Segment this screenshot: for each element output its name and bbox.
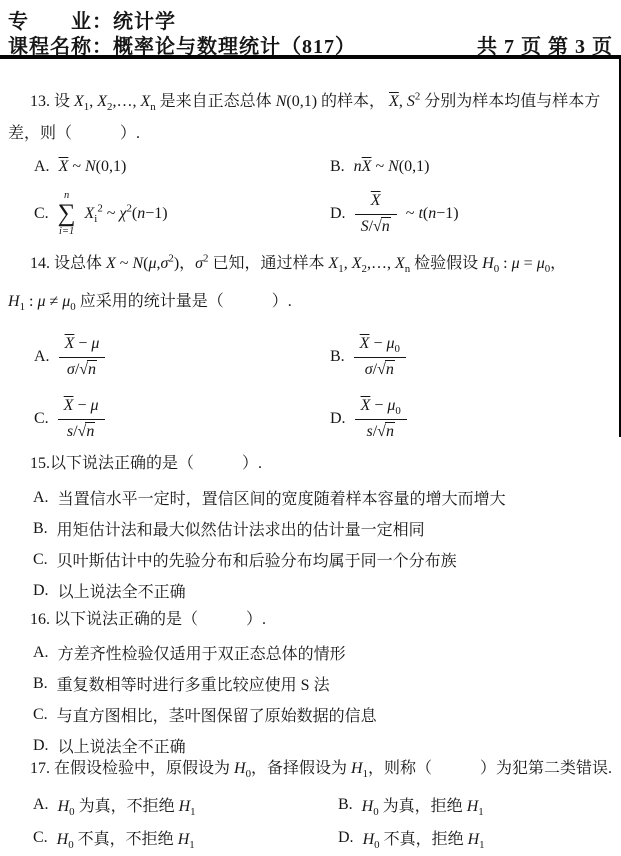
- fraction: X − μ0 σ/√n: [354, 334, 406, 381]
- option-label: C.: [34, 205, 49, 223]
- option-text: 以上说法全不正确: [58, 734, 186, 757]
- denominator: s/√n: [355, 419, 407, 443]
- numerator: X − μ0: [354, 334, 406, 357]
- numerator: X − μ: [59, 334, 106, 357]
- option-formula: Xi2 ~ χ2(n−1): [85, 205, 168, 223]
- option-text: 方差齐性检验仅适用于双正态总体的情形: [58, 641, 346, 664]
- option-text: H0 为真，不拒绝 H1: [58, 793, 196, 816]
- sum-lower-limit: i=1: [59, 227, 74, 238]
- q16-option-d: D. 以上说法全不正确: [33, 734, 186, 757]
- option-label: C.: [33, 829, 48, 847]
- option-label: D.: [330, 205, 346, 223]
- denominator: σ/√n: [354, 357, 406, 381]
- q13-option-d: D. X S/√n ~ t(n−1): [330, 188, 459, 240]
- option-text: H0 为真，拒绝 H1: [362, 793, 484, 816]
- option-text: 以上说法全不正确: [58, 579, 186, 602]
- option-formula: ~ t(n−1): [406, 205, 459, 223]
- option-label: D.: [338, 829, 354, 847]
- q15-stem: 15.以下说法正确的是（ ）.: [30, 452, 262, 476]
- q13-stem-line2: 差，则（ ）.: [8, 122, 140, 146]
- option-label: B.: [330, 348, 345, 366]
- fraction: X − μ σ/√n: [59, 334, 106, 381]
- option-label: C.: [34, 410, 49, 428]
- fraction: X − μ s/√n: [58, 396, 105, 443]
- q16-stem: 16. 以下说法正确的是（ ）.: [30, 608, 266, 632]
- q17-option-b: B. H0 为真，拒绝 H1: [338, 793, 484, 816]
- option-label: D.: [33, 582, 49, 600]
- fraction: X − μ0 s/√n: [355, 396, 407, 443]
- q15-option-d: D. 以上说法全不正确: [33, 579, 186, 602]
- option-text: 贝叶斯估计中的先验分布和后验分布均属于同一个分布族: [57, 548, 457, 571]
- option-label: A.: [33, 644, 49, 662]
- option-text: H0 不真，不拒绝 H1: [57, 826, 195, 849]
- option-label: B.: [33, 675, 48, 693]
- q14-option-d: D. X − μ0 s/√n: [330, 392, 407, 446]
- option-label: C.: [33, 706, 48, 724]
- option-text: 当置信水平一定时，置信区间的宽度随着样本容量的增大而增大: [58, 486, 506, 509]
- q14-option-a: A. X − μ σ/√n: [34, 330, 105, 384]
- option-text: 用矩估计法和最大似然估计法求出的估计量一定相同: [57, 517, 425, 540]
- q14-stem-line1: 14. 设总体 X ~ N(μ,σ2)，σ2 已知，通过样本 X1, X2,…,…: [30, 252, 566, 276]
- denominator: σ/√n: [59, 357, 106, 381]
- q17-option-d: D. H0 不真，拒绝 H1: [338, 826, 485, 849]
- numerator: X − μ: [58, 396, 105, 419]
- q17-option-c: C. H0 不真，不拒绝 H1: [33, 826, 195, 849]
- header-rule: [0, 55, 621, 59]
- option-label: B.: [330, 158, 345, 176]
- option-label: C.: [33, 551, 48, 569]
- q16-option-c: C. 与直方图相比，茎叶图保留了原始数据的信息: [33, 703, 377, 726]
- summation: n ∑ i=1: [58, 191, 76, 238]
- option-label: A.: [33, 796, 49, 814]
- numerator: X − μ0: [355, 396, 407, 419]
- q15-option-b: B. 用矩估计法和最大似然估计法求出的估计量一定相同: [33, 517, 425, 540]
- option-label: A.: [34, 158, 50, 176]
- q16-option-a: A. 方差齐性检验仅适用于双正态总体的情形: [33, 641, 346, 664]
- option-label: A.: [34, 348, 50, 366]
- q14-stem-line2: H1 : μ ≠ μ0 应采用的统计量是（ ）.: [8, 290, 292, 314]
- option-text: 重复数相等时进行多重比较应使用 S 法: [57, 672, 330, 695]
- option-label: B.: [33, 520, 48, 538]
- q15-option-a: A. 当置信水平一定时，置信区间的宽度随着样本容量的增大而增大: [33, 486, 506, 509]
- q16-option-b: B. 重复数相等时进行多重比较应使用 S 法: [33, 672, 330, 695]
- option-label: D.: [330, 410, 346, 428]
- q14-option-b: B. X − μ0 σ/√n: [330, 330, 406, 384]
- denominator: S/√n: [355, 214, 397, 238]
- q13-option-b: B. nX ~ N(0,1): [330, 158, 429, 176]
- option-formula: X ~ N(0,1): [59, 158, 127, 176]
- option-label: D.: [33, 737, 49, 755]
- q13-option-a: A. X ~ N(0,1): [34, 158, 126, 176]
- denominator: s/√n: [58, 419, 105, 443]
- exam-page: { "colors": { "paper": "#ffffff", "ink":…: [0, 0, 621, 856]
- q13-option-c: C. n ∑ i=1 Xi2 ~ χ2(n−1): [34, 186, 168, 242]
- q13-stem-line1: 13. 设 X1, X2,…, Xn 是来自正态总体 N(0,1) 的样本， X…: [30, 90, 600, 114]
- sigma-symbol: ∑: [58, 201, 76, 227]
- fraction: X S/√n: [355, 191, 397, 238]
- q17-option-a: A. H0 为真，不拒绝 H1: [33, 793, 196, 816]
- q14-option-c: C. X − μ s/√n: [34, 392, 105, 446]
- q17-stem: 17. 在假设检验中，原假设为 H0，备择假设为 H1，则称（ ）为犯第二类错误…: [30, 757, 612, 781]
- option-formula: nX ~ N(0,1): [354, 158, 430, 176]
- option-label: B.: [338, 796, 353, 814]
- option-text: 与直方图相比，茎叶图保留了原始数据的信息: [57, 703, 377, 726]
- q15-option-c: C. 贝叶斯估计中的先验分布和后验分布均属于同一个分布族: [33, 548, 457, 571]
- option-label: A.: [33, 489, 49, 507]
- option-text: H0 不真，拒绝 H1: [363, 826, 485, 849]
- numerator: X: [365, 191, 387, 214]
